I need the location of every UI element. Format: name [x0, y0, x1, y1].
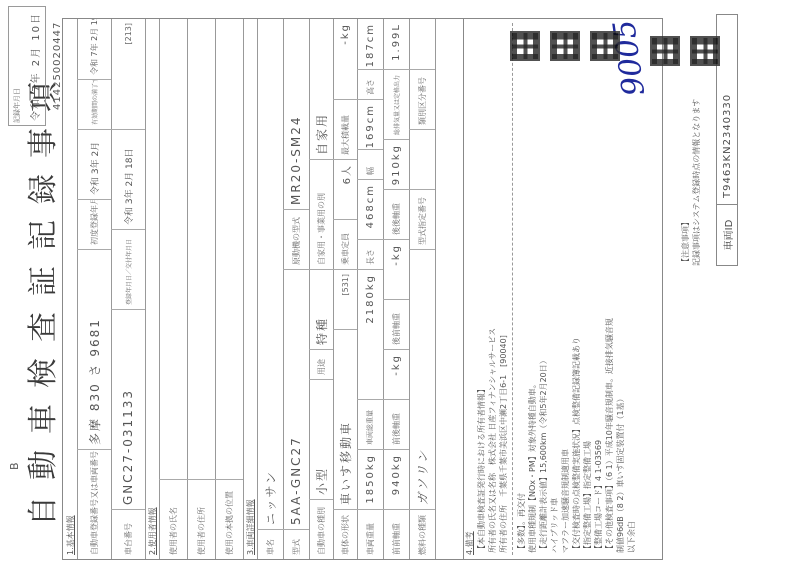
- model-value: 5AA-GNC27: [289, 436, 303, 525]
- vehicle-info-header: 3.車両詳細情報: [243, 19, 258, 559]
- car-id-value: T9463KN2340330: [717, 15, 737, 204]
- record-date-label: 記録年月日: [12, 88, 22, 123]
- maker-row: 車名 ニッサン: [257, 19, 284, 559]
- expiry-label: 有効期間の満了する日: [90, 79, 99, 125]
- registration-value: 多摩 830 さ 9681: [86, 318, 103, 445]
- fuel-value: ガソリン: [414, 449, 431, 505]
- remarks-line: 所有者の氏名又は名称 株式会社 日産フィナンシャルサービス: [487, 328, 498, 553]
- qr-code-icon: [590, 31, 620, 61]
- type-value: 小型: [313, 467, 330, 495]
- weight-value: 1850kg: [365, 454, 376, 504]
- front-rear-value: -kg: [391, 354, 402, 376]
- front-axle-label: 前前軸重: [391, 523, 402, 555]
- chassis-label: 車台番号: [123, 523, 134, 555]
- user-address-label: 使用者の住所: [196, 507, 207, 555]
- maker-label: 車名: [265, 539, 276, 555]
- height-value: 187cm: [365, 23, 376, 67]
- fuel-label: 燃料の種類: [417, 515, 428, 555]
- capacity-value: 6人: [338, 164, 353, 184]
- remarks-line: 【走行距離計表示値】15,600km（令和5年2月20日）: [538, 356, 549, 553]
- qr-code-icon: [550, 31, 580, 61]
- remarks-line: 【多数】。再交付: [516, 493, 527, 553]
- notes-text: 記録事項はシステム登録時点の情報となります: [691, 99, 702, 266]
- weight-label: 車両重量: [365, 523, 376, 555]
- remarks-line: マフラー加速騒音規制適用車: [560, 449, 571, 553]
- length-label: 長さ: [365, 249, 376, 265]
- registration-row: 自動車登録番号又は車両番号 多摩 830 さ 9681 初度登録年月 令和 3年…: [77, 19, 112, 559]
- length-value: 468cm: [365, 184, 376, 228]
- weight-row: 車両重量 1850kg 車両総重量 2180kg 長さ 468cm 幅 169c…: [357, 19, 384, 559]
- rear-axle-value: 910kg: [391, 144, 402, 185]
- model-row: 型式 5AA-GNC27 原動機の型式 MR20-SM24: [283, 19, 310, 559]
- displacement-label: 総排気量又は定格出力: [392, 75, 401, 135]
- engine-label: 原動機の型式: [291, 217, 302, 265]
- type-label: 自動車の種別: [316, 507, 327, 555]
- record-date-value: 令和 7年 2月 10日: [27, 12, 42, 121]
- user-address-row: 使用者の住所: [187, 19, 216, 559]
- qr-code-icon: [650, 36, 680, 66]
- type-row: 自動車の種別 小型 用途 特種 自家用・事業用の別 自家用: [309, 19, 334, 559]
- inspection-certificate-page: B 自動車検査証記録事項 記録年月日 令和 7年 2月 10日 41425002…: [0, 0, 800, 566]
- chassis-row: 車台番号 GNC27-031133 登録年月日／交付年月日 令和 3年 2月 1…: [111, 19, 146, 559]
- vehicle-info-section-label: 3.車両詳細情報: [245, 499, 256, 555]
- use-label: 用途: [316, 359, 327, 375]
- reg-date-value: 令和 3年 2月 18日: [122, 149, 135, 226]
- type-designation-label: 型式指定番号: [417, 197, 428, 245]
- record-date-box: 記録年月日 令和 7年 2月 10日: [8, 6, 46, 126]
- body-code: [531]: [341, 274, 350, 296]
- remarks-line: 【その他検査事項】（6 1）平成10年騒音規制車。近接排気騒音規: [604, 318, 615, 553]
- basic-info-code: [213]: [124, 23, 133, 45]
- remarks-line: 以下余白: [626, 521, 637, 553]
- remarks-line: 【本自動車検査証発行時における所有者情報】: [476, 385, 487, 553]
- width-value: 169cm: [365, 104, 376, 148]
- remarks-line: 【整備工場コード】4 1-03569: [593, 440, 604, 553]
- car-id-label: 車両ID: [717, 204, 737, 265]
- width-label: 幅: [365, 167, 376, 175]
- remarks-line: 使用車種規制【NOx・PM】対象外特種自動車。: [527, 380, 538, 553]
- qr-code-icon: [510, 31, 540, 61]
- front-rear-label: 前後軸重: [391, 413, 402, 445]
- first-registration-value: 令和 3年 2月: [88, 142, 101, 195]
- basic-info-header: 1.基本情報: [63, 19, 78, 559]
- chassis-value: GNC27-031133: [121, 389, 135, 505]
- user-name-label: 使用者の氏名: [168, 507, 179, 555]
- front-axle-value: 940kg: [391, 454, 402, 495]
- remarks-section: 4.備考 【本自動車検査証発行時における所有者情報】 所有者の氏名又は名称 株式…: [462, 18, 663, 560]
- remarks-line: 【指定整備工場】指定整備工場: [582, 441, 593, 553]
- max-load-label: 最大積載量: [340, 115, 351, 155]
- body-label: 車体の形状: [340, 515, 351, 555]
- axle-row: 前前軸重 940kg 前後軸重 -kg 後前軸重 -kg 後後軸重 910kg …: [383, 19, 410, 559]
- use-value: 特種: [313, 317, 330, 345]
- user-info-header: 2.使用者情報: [145, 19, 160, 559]
- registration-label: 自動車登録番号又は車両番号: [89, 451, 100, 555]
- model-label: 型式: [291, 539, 302, 555]
- purpose-label: 自家用・事業用の別: [316, 193, 327, 265]
- reg-date-label: 登録年月日／交付年月日: [124, 239, 133, 305]
- displacement-value: 1.99L: [391, 23, 402, 61]
- engine-value: MR20-SM24: [289, 115, 303, 205]
- body-value: 車いす移動車: [337, 421, 354, 505]
- gross-value: 2180kg: [365, 274, 376, 324]
- user-name-row: 使用者の氏名: [159, 19, 188, 559]
- rear-axle-label: 後後軸重: [391, 203, 402, 235]
- max-load-value: -kg: [340, 23, 351, 45]
- notes-label: 【注意事項】: [680, 99, 691, 266]
- purpose-value: 自家用: [313, 113, 330, 155]
- body-row: 車体の形状 車いす移動車 [531] 乗車定員 6人 最大積載量 -kg: [333, 19, 358, 559]
- user-info-section-label: 2.使用者情報: [147, 507, 158, 555]
- record-table: 1.基本情報 自動車登録番号又は車両番号 多摩 830 さ 9681 初度登録年…: [62, 18, 464, 560]
- rear-front-value: -kg: [391, 244, 402, 266]
- remarks-line: 制値96dB（8 2）車いす固定装置付（1基）: [615, 394, 626, 553]
- first-registration-label: 初度登録年月: [89, 199, 100, 245]
- qr-code-icon: [690, 36, 720, 66]
- remarks-section-label: 4.備考: [464, 531, 475, 555]
- remarks-line: ハイブリッド車: [549, 498, 560, 553]
- basic-info-section-label: 1.基本情報: [65, 515, 76, 555]
- document-title: 自動車検査証記録事項: [18, 66, 62, 526]
- capacity-label: 乗車定員: [340, 233, 351, 265]
- notes-section: 【注意事項】 記録事項はシステム登録時点の情報となります: [680, 99, 702, 266]
- height-label: 高さ: [365, 79, 376, 95]
- expiry-value: 令和 7年 2月 19日: [89, 19, 100, 75]
- user-base-row: 使用の本拠の位置: [215, 19, 244, 559]
- maker-value: ニッサン: [262, 470, 279, 525]
- rear-front-label: 後前軸重: [391, 313, 402, 345]
- user-base-label: 使用の本拠の位置: [224, 491, 235, 555]
- remarks-line: 【交付検査時の点検整備実施状況】点検整備記録簿記載あり: [571, 337, 582, 553]
- category-label: 類別区分番号: [417, 77, 428, 125]
- fuel-row: 燃料の種類 ガソリン 型式指定番号 類別区分番号: [409, 19, 436, 559]
- remarks-divider: [512, 23, 513, 555]
- gross-label: 車両総重量: [365, 410, 375, 445]
- remarks-line: 所有者の住所 千葉県千葉市美浜区中瀬2丁目6-1 [90040]: [498, 335, 509, 553]
